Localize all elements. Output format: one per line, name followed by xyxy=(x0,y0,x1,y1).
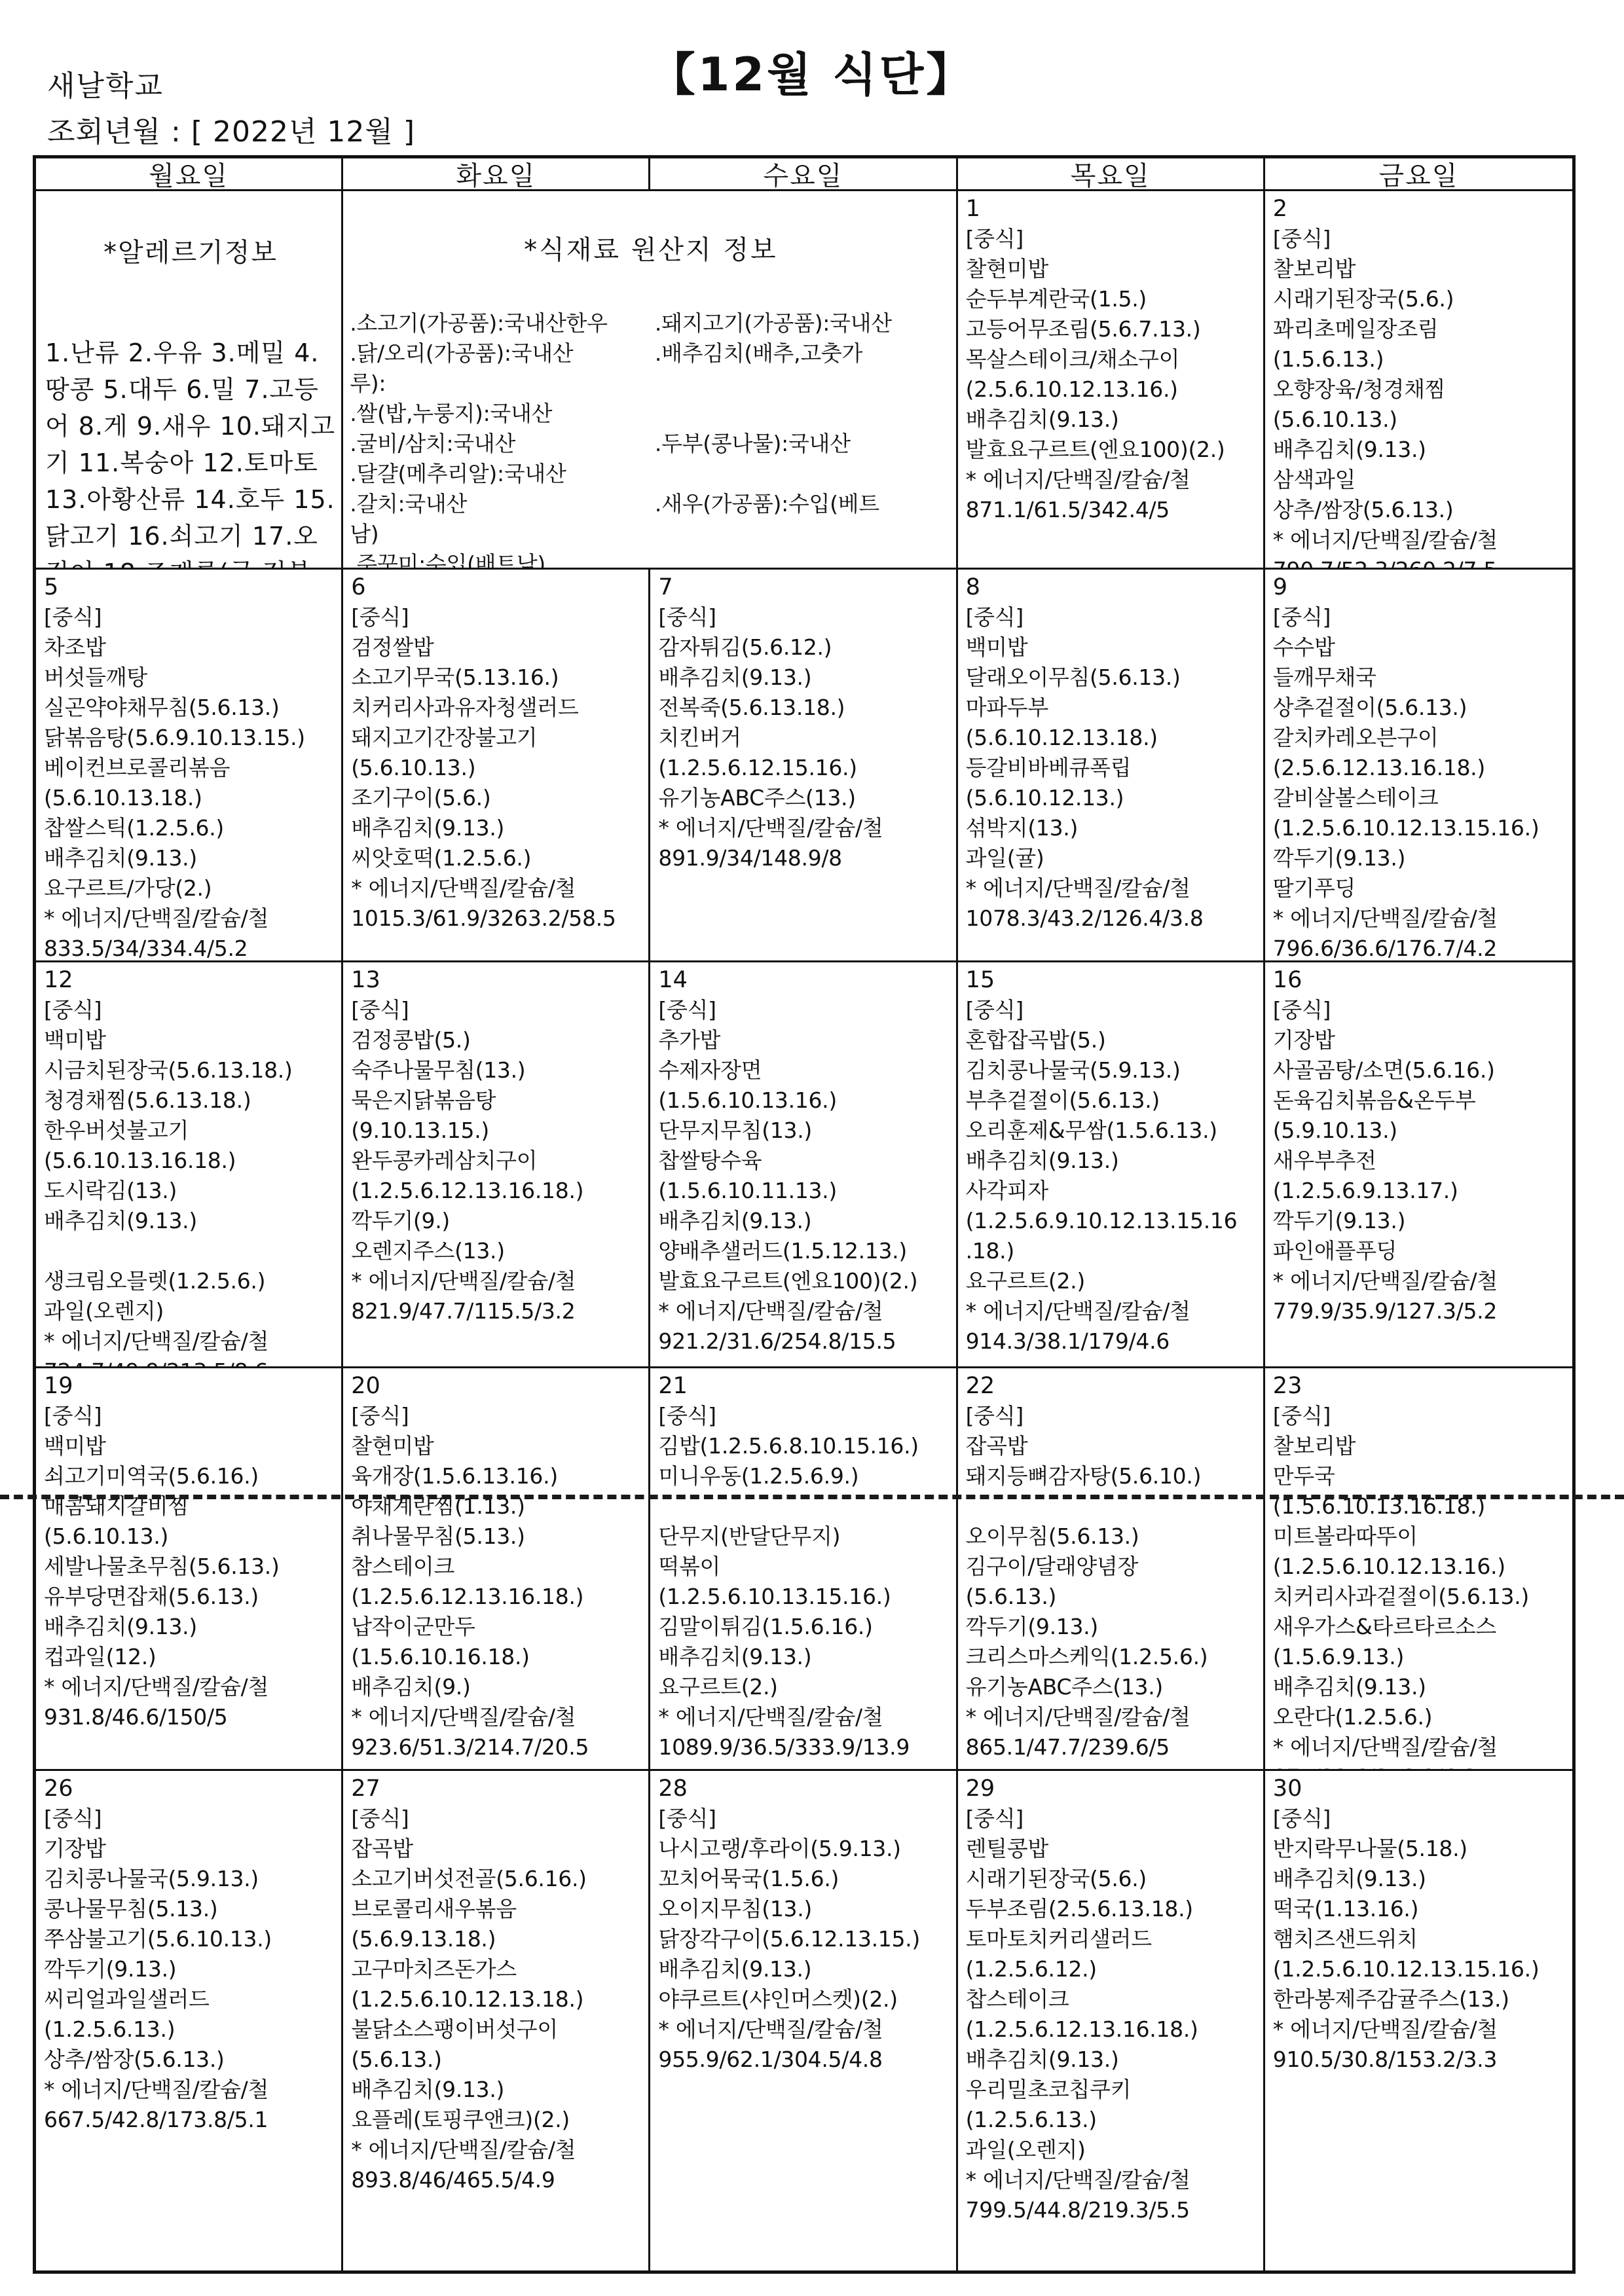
weekday-header-wed: 수요일 xyxy=(650,158,957,191)
day-number: 15 xyxy=(966,965,1261,995)
day-number: 21 xyxy=(658,1371,953,1401)
day-number: 22 xyxy=(966,1371,1261,1401)
menu-text: [중식] 찰현미밥 육개장(1.5.6.13.16.) 야채계란찜(1.13.)… xyxy=(351,1401,646,1762)
day-cell-1: 1 [중식] 찰현미밥 순두부계란국(1.5.) 고등어무조림(5.6.7.13… xyxy=(958,191,1265,570)
page-fold-dashed-line xyxy=(0,1495,1624,1499)
weekday-header-fri: 금요일 xyxy=(1265,158,1572,191)
menu-text: [중식] 혼합잡곡밥(5.) 김치콩나물국(5.9.13.) 부추겉절이(5.6… xyxy=(966,995,1261,1357)
day-number: 9 xyxy=(1273,572,1570,602)
day-cell-12: 12 [중식] 백미밥 시금치된장국(5.6.13.18.) 청경채찜(5.6.… xyxy=(36,962,343,1368)
day-cell-6: 6 [중식] 검정쌀밥 소고기무국(5.13.16.) 치커리사과유자청샐러드 … xyxy=(343,570,650,962)
origin-info-left: .소고기(가공품):국내산한우 .닭/오리(가공품):국내산 루): .쌀(밥,… xyxy=(350,308,651,570)
day-cell-22: 22 [중식] 잡곡밥 돼지등뼈감자탕(5.6.10.) 오이무침(5.6.13… xyxy=(958,1368,1265,1771)
day-number: 6 xyxy=(351,572,646,602)
day-cell-15: 15 [중식] 혼합잡곡밥(5.) 김치콩나물국(5.9.13.) 부추겉절이(… xyxy=(958,962,1265,1368)
day-number: 14 xyxy=(658,965,953,995)
menu-text: [중식] 김밥(1.2.5.6.8.10.15.16.) 미니우동(1.2.5.… xyxy=(658,1401,953,1762)
menu-text: [중식] 차조밥 버섯들깨탕 실곤약야채무침(5.6.13.) 닭볶음탕(5.6… xyxy=(44,602,339,962)
menu-text: [중식] 추가밥 수제자장면 (1.5.6.10.13.16.) 단무지무침(1… xyxy=(658,995,953,1357)
day-cell-30: 30 [중식] 반지락무나물(5.18.) 배추김치(9.13.) 떡국(1.1… xyxy=(1265,1771,1572,2270)
menu-text: [중식] 찰현미밥 순두부계란국(1.5.) 고등어무조림(5.6.7.13.)… xyxy=(966,224,1261,525)
query-date: 조회년월 : [ 2022년 12월 ] xyxy=(47,108,415,150)
origin-info-right: .돼지고기(가공품):국내산 .배추김치(배추,고춧가 .두부(콩나물):국내산… xyxy=(651,308,952,570)
day-number: 12 xyxy=(44,965,339,995)
menu-text: [중식] 렌틸콩밥 시래기된장국(5.6.) 두부조림(2.5.6.13.18.… xyxy=(966,1804,1261,2225)
day-number: 30 xyxy=(1273,1774,1570,1804)
day-number: 27 xyxy=(351,1774,646,1804)
day-cell-19: 19 [중식] 백미밥 쇠고기미역국(5.6.16.) 매콤돼지갈비찜 (5.6… xyxy=(36,1368,343,1771)
weekday-header-tue: 화요일 xyxy=(343,158,650,191)
day-number: 5 xyxy=(44,572,339,602)
day-cell-2: 2 [중식] 찰보리밥 시래기된장국(5.6.) 꽈리초메일장조림 (1.5.6… xyxy=(1265,191,1572,570)
day-cell-29: 29 [중식] 렌틸콩밥 시래기된장국(5.6.) 두부조림(2.5.6.13.… xyxy=(958,1771,1265,2270)
day-cell-26: 26 [중식] 기장밥 김치콩나물국(5.9.13.) 콩나물무침(5.13.)… xyxy=(36,1771,343,2270)
day-number: 1 xyxy=(966,194,1261,224)
menu-text: [중식] 검정콩밥(5.) 숙주나물무침(13.) 묵은지닭볶음탕 (9.10.… xyxy=(351,995,646,1326)
menu-text: [중식] 검정쌀밥 소고기무국(5.13.16.) 치커리사과유자청샐러드 돼지… xyxy=(351,602,646,934)
page-title: 【12월 식단】 xyxy=(0,38,1624,104)
day-cell-16: 16 [중식] 기장밥 사골곰탕/소면(5.6.16.) 돈육김치볶음&온두부 … xyxy=(1265,962,1572,1368)
day-cell-14: 14 [중식] 추가밥 수제자장면 (1.5.6.10.13.16.) 단무지무… xyxy=(650,962,957,1368)
weekday-header-thu: 목요일 xyxy=(958,158,1265,191)
day-number: 8 xyxy=(966,572,1261,602)
origin-info-title: *식재료 원산지 정보 xyxy=(350,229,951,266)
day-cell-8: 8 [중식] 백미밥 달래오이무침(5.6.13.) 마파두부 (5.6.10.… xyxy=(958,570,1265,962)
allergy-info-title: *알레르기정보 xyxy=(45,232,336,269)
day-number: 29 xyxy=(966,1774,1261,1804)
origin-info-cell: *식재료 원산지 정보 .소고기(가공품):국내산한우 .닭/오리(가공품):국… xyxy=(343,191,957,570)
menu-table: 월요일 화요일 수요일 목요일 금요일 *알레르기정보 1.난류 2.우유 3.… xyxy=(33,155,1576,2274)
day-cell-9: 9 [중식] 수수밥 들깨무채국 상추겉절이(5.6.13.) 갈치카레오븐구이… xyxy=(1265,570,1572,962)
day-cell-5: 5 [중식] 차조밥 버섯들깨탕 실곤약야채무침(5.6.13.) 닭볶음탕(5… xyxy=(36,570,343,962)
menu-text: [중식] 백미밥 쇠고기미역국(5.6.16.) 매콤돼지갈비찜 (5.6.10… xyxy=(44,1401,339,1732)
day-cell-21: 21 [중식] 김밥(1.2.5.6.8.10.15.16.) 미니우동(1.2… xyxy=(650,1368,957,1771)
weekday-header-mon: 월요일 xyxy=(36,158,343,191)
day-cell-13: 13 [중식] 검정콩밥(5.) 숙주나물무침(13.) 묵은지닭볶음탕 (9.… xyxy=(343,962,650,1368)
day-number: 13 xyxy=(351,965,646,995)
menu-text: [중식] 기장밥 사골곰탕/소면(5.6.16.) 돈육김치볶음&온두부 (5.… xyxy=(1273,995,1570,1326)
menu-text: [중식] 잡곡밥 돼지등뼈감자탕(5.6.10.) 오이무침(5.6.13.) … xyxy=(966,1401,1261,1762)
menu-text: [중식] 찰보리밥 만두국 (1.5.6.10.13.16.18.) 미트볼라따… xyxy=(1273,1401,1570,1771)
day-number: 2 xyxy=(1273,194,1570,224)
day-number: 16 xyxy=(1273,965,1570,995)
menu-text: [중식] 찰보리밥 시래기된장국(5.6.) 꽈리초메일장조림 (1.5.6.1… xyxy=(1273,224,1570,570)
meal-plan-page: 새날학교 조회년월 : [ 2022년 12월 ] 【12월 식단】 월요일 화… xyxy=(0,0,1624,2296)
day-cell-28: 28 [중식] 나시고랭/후라이(5.9.13.) 꼬치어묵국(1.5.6.) … xyxy=(650,1771,957,2270)
menu-text: [중식] 백미밥 달래오이무침(5.6.13.) 마파두부 (5.6.10.12… xyxy=(966,602,1261,934)
origin-info-columns: .소고기(가공품):국내산한우 .닭/오리(가공품):국내산 루): .쌀(밥,… xyxy=(350,308,951,570)
day-number: 23 xyxy=(1273,1371,1570,1401)
day-number: 28 xyxy=(658,1774,953,1804)
day-number: 7 xyxy=(658,572,953,602)
day-cell-23: 23 [중식] 찰보리밥 만두국 (1.5.6.10.13.16.18.) 미트… xyxy=(1265,1368,1572,1771)
menu-text: [중식] 기장밥 김치콩나물국(5.9.13.) 콩나물무침(5.13.) 쭈삼… xyxy=(44,1804,339,2135)
menu-text: [중식] 백미밥 시금치된장국(5.6.13.18.) 청경채찜(5.6.13.… xyxy=(44,995,339,1368)
menu-text: [중식] 감자튀김(5.6.12.) 배추김치(9.13.) 전복죽(5.6.1… xyxy=(658,602,953,873)
day-number: 26 xyxy=(44,1774,339,1804)
menu-text: [중식] 수수밥 들깨무채국 상추겉절이(5.6.13.) 갈치카레오븐구이 (… xyxy=(1273,602,1570,962)
allergy-info-body: 1.난류 2.우유 3.메밀 4.땅콩 5.대두 6.밀 7.고등어 8.게 9… xyxy=(45,335,336,570)
allergy-info-cell: *알레르기정보 1.난류 2.우유 3.메밀 4.땅콩 5.대두 6.밀 7.고… xyxy=(36,191,343,570)
menu-text: [중식] 잡곡밥 소고기버섯전골(5.6.16.) 브로콜리새우볶음 (5.6.… xyxy=(351,1804,646,2195)
menu-text: [중식] 나시고랭/후라이(5.9.13.) 꼬치어묵국(1.5.6.) 오이지… xyxy=(658,1804,953,2075)
day-number: 20 xyxy=(351,1371,646,1401)
day-cell-27: 27 [중식] 잡곡밥 소고기버섯전골(5.6.16.) 브로콜리새우볶음 (5… xyxy=(343,1771,650,2270)
menu-text: [중식] 반지락무나물(5.18.) 배추김치(9.13.) 떡국(1.13.1… xyxy=(1273,1804,1570,2075)
day-cell-7: 7 [중식] 감자튀김(5.6.12.) 배추김치(9.13.) 전복죽(5.6… xyxy=(650,570,957,962)
day-number: 19 xyxy=(44,1371,339,1401)
day-cell-20: 20 [중식] 찰현미밥 육개장(1.5.6.13.16.) 야채계란찜(1.1… xyxy=(343,1368,650,1771)
